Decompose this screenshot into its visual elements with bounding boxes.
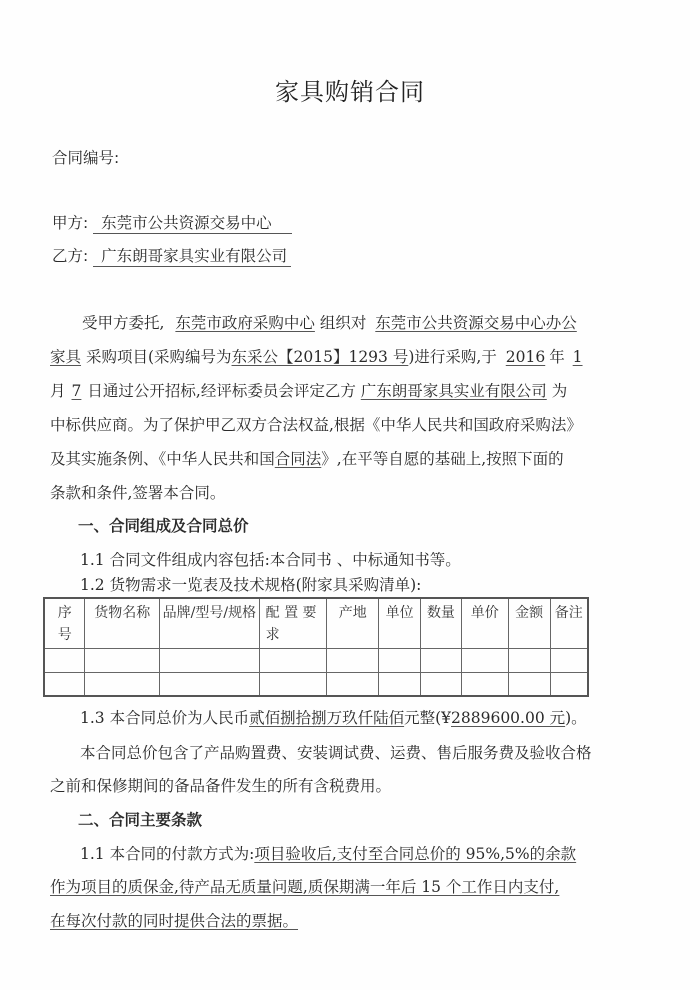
intro-text: 及其实施条例、《中华人民共和国 [50, 450, 275, 468]
intro-line-2: 家具 采购项目(采购编号为东采公【2015】1293 号)进行采购,于 2016… [50, 347, 586, 367]
intro-text: 组织对 [320, 314, 367, 332]
contract-law-ref: 合同法 [275, 450, 322, 468]
document-title: 家具购销合同 [0, 72, 700, 107]
price-note-line-1: 本合同总价包含了产品购置费、安装调试费、运费、售后服务费及验收合格 [80, 743, 592, 763]
payment-clause-line-3: 在每次付款的同时提供合法的票据。 [50, 911, 298, 931]
winning-supplier: 广东朗哥家具实业有限公司 [361, 382, 547, 400]
intro-text: 》,在平等自愿的基础上,按照下面的 [321, 450, 563, 468]
table-cell [421, 648, 462, 672]
intro-text: 日通过公开招标,经评标委员会评定乙方 [87, 382, 355, 400]
table-cell [461, 648, 508, 672]
procurement-agency: 东莞市政府采购中心 [169, 314, 315, 332]
table-cell [379, 648, 421, 672]
clause-1-1: 1.1 合同文件组成内容包括:本合同书 、中标通知书等。 [80, 550, 461, 570]
table-cell [550, 672, 588, 696]
intro-line-5: 及其实施条例、《中华人民共和国合同法》,在平等自愿的基础上,按照下面的 [50, 449, 564, 469]
payment-terms: 作为项目的质保金,待产品无质量问题,质保期满一年后 15 个工作日内支付, [50, 878, 559, 896]
col-header-amount: 金额 [508, 598, 550, 648]
section-1-heading: 一、合同组成及合同总价 [78, 516, 249, 536]
contract-page: 家具购销合同 合同编号: 甲方: 东莞市公共资源交易中心 乙方: 广东朗哥家具实… [0, 0, 700, 990]
table-cell [327, 648, 379, 672]
table-cell [44, 672, 85, 696]
clause-text: 1.3 本合同总价为人民币 [80, 709, 249, 727]
table-cell [508, 648, 550, 672]
col-header-remarks: 备注 [550, 598, 588, 648]
intro-line-6: 条款和条件,签署本合同。 [50, 483, 225, 503]
bid-year: 2016 [502, 348, 549, 366]
project-name-cont: 家具 [50, 348, 81, 366]
party-b-value: 广东朗哥家具实业有限公司 [93, 246, 291, 267]
col-header-goods-name: 货物名称 [85, 598, 160, 648]
table-cell [461, 672, 508, 696]
goods-requirement-table: 序号 货物名称 品牌/型号/规格 配 置 要求 产地 单位 数量 单价 金额 备… [43, 597, 589, 697]
table-cell [421, 672, 462, 696]
party-a-label: 甲方: [52, 214, 88, 232]
intro-text: 采购项目(采购编号为 [86, 348, 232, 366]
party-b: 乙方: 广东朗哥家具实业有限公司 [52, 246, 291, 267]
party-a-value: 东莞市公共资源交易中心 [93, 213, 292, 234]
contract-number-label: 合同编号: [52, 148, 119, 168]
section-2-heading: 二、合同主要条款 [78, 810, 202, 830]
party-b-label: 乙方: [52, 247, 88, 265]
table-cell [327, 672, 379, 696]
payment-clause-line-1: 1.1 本合同的付款方式为:项目验收后,支付至合同总价的 95%,5%的余款 [80, 844, 576, 864]
total-price-words: 贰佰捌拾捌万玖仟陆佰 [249, 709, 404, 727]
project-name: 东莞市公共资源交易中心办公 [371, 314, 577, 332]
payment-clause-line-2: 作为项目的质保金,待产品无质量问题,质保期满一年后 15 个工作日内支付, [50, 877, 559, 897]
bid-month: 1 [570, 348, 586, 366]
table-cell [44, 648, 85, 672]
table-cell [85, 648, 160, 672]
intro-text: 年 [549, 348, 565, 366]
intro-line-4: 中标供应商。为了保护甲乙双方合法权益,根据《中华人民共和国政府采购法》 [50, 415, 582, 435]
col-header-unit: 单位 [379, 598, 421, 648]
intro-text: 为 [552, 382, 568, 400]
table-cell [379, 672, 421, 696]
price-note-line-2: 之前和保修期间的备品备件发生的所有含税费用。 [50, 776, 391, 796]
table-cell [508, 672, 550, 696]
table-cell [259, 648, 327, 672]
procurement-code: 东采公【2015】1293 号 [232, 348, 409, 366]
clause-text: )。 [565, 709, 587, 727]
party-a: 甲方: 东莞市公共资源交易中心 [52, 213, 292, 234]
table-cell [85, 672, 160, 696]
table-row [44, 648, 588, 672]
table-cell [259, 672, 327, 696]
col-header-seq: 序号 [44, 598, 85, 648]
table-cell [550, 648, 588, 672]
payment-terms: 项目验收后,支付至合同总价的 95%,5%的余款 [254, 845, 576, 863]
col-header-brand-model-spec: 品牌/型号/规格 [160, 598, 260, 648]
table-cell [160, 672, 260, 696]
col-header-origin: 产地 [327, 598, 379, 648]
clause-1-2: 1.2 货物需求一览表及技术规格(附家具采购清单): [80, 575, 421, 595]
intro-text: 受甲方委托, [82, 314, 164, 332]
intro-text: )进行采购,于 [408, 348, 496, 366]
payment-terms: 在每次付款的同时提供合法的票据。 [50, 912, 298, 930]
clause-1-3: 1.3 本合同总价为人民币贰佰捌拾捌万玖仟陆佰元整(¥2889600.00 元)… [80, 708, 587, 728]
intro-text: 月 [50, 382, 66, 400]
table-cell [160, 648, 260, 672]
table-header-row: 序号 货物名称 品牌/型号/规格 配 置 要求 产地 单位 数量 单价 金额 备… [44, 598, 588, 648]
col-header-config: 配 置 要求 [259, 598, 327, 648]
clause-text: 1.1 本合同的付款方式为: [80, 845, 254, 863]
bid-day: 7 [66, 382, 88, 400]
clause-text: 元整(¥ [404, 709, 451, 727]
intro-line-1: 受甲方委托, 东莞市政府采购中心 组织对 东莞市公共资源交易中心办公 [82, 313, 577, 333]
intro-line-3: 月7日通过公开招标,经评标委员会评定乙方 广东朗哥家具实业有限公司 为 [50, 381, 567, 401]
col-header-unit-price: 单价 [461, 598, 508, 648]
col-header-quantity: 数量 [421, 598, 462, 648]
table-row [44, 672, 588, 696]
total-price-amount: 2889600.00 元 [451, 709, 565, 727]
